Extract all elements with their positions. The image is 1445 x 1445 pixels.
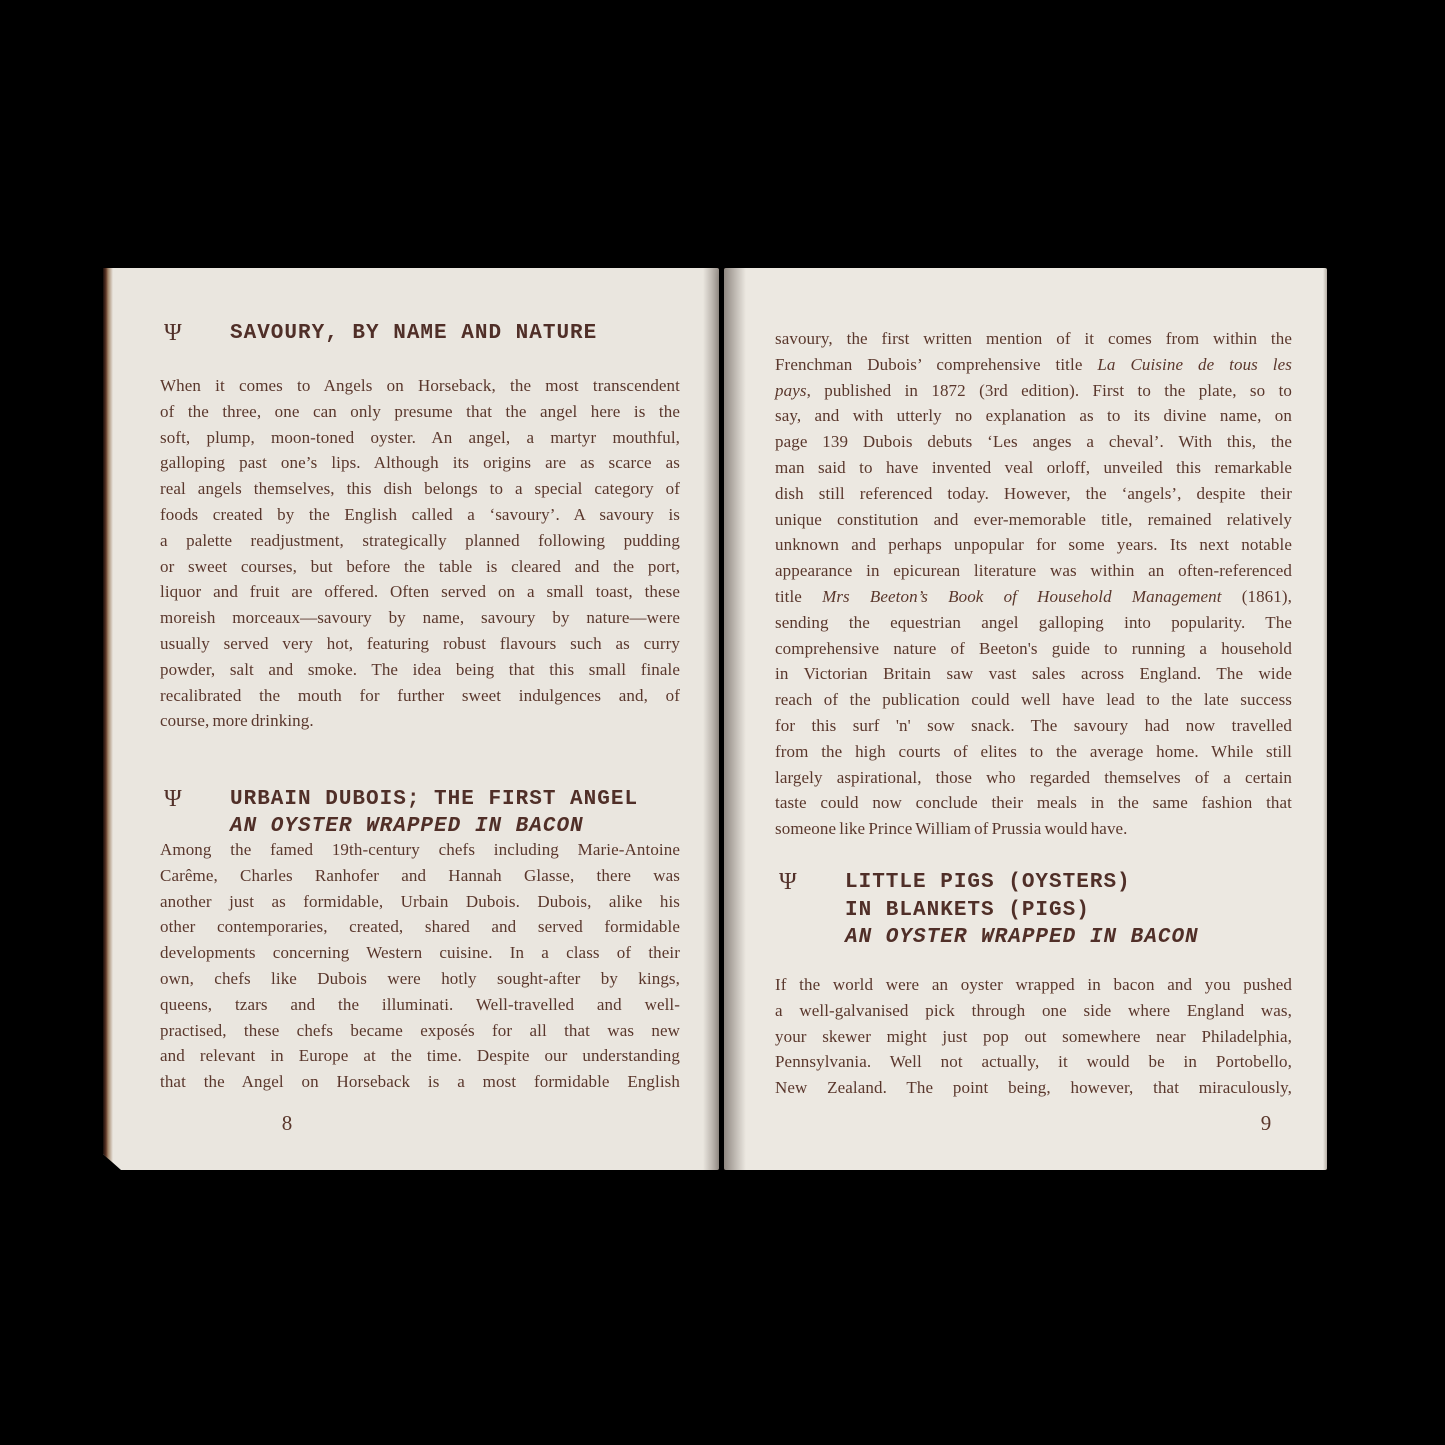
text-line: reach of the publication could well have… xyxy=(775,687,1292,713)
text-line: taste could now conclude their meals in … xyxy=(775,790,1292,816)
text-line: savoury, the first written mention of it… xyxy=(775,326,1292,352)
page-number-right: 9 xyxy=(1253,1111,1279,1135)
page-left: Ψ SAVOURY, BY NAME AND NATURE When it co… xyxy=(103,268,719,1170)
heading-dubois-title: URBAIN DUBOIS; THE FIRST ANGEL xyxy=(230,786,680,814)
text-line: sending the equestrian angel galloping i… xyxy=(775,610,1292,636)
text-segment: largely aspirational, those who regarded… xyxy=(775,768,1292,787)
text-line: foods created by the English called a ‘s… xyxy=(160,502,680,528)
text-segment: savoury, the first written mention of it… xyxy=(775,329,1292,348)
text-segment: galloping past one’s lips. Although its … xyxy=(160,453,680,472)
text-line: another just as formidable, Urbain Duboi… xyxy=(160,889,680,915)
text-line: comprehensive nature of Beeton's guide t… xyxy=(775,636,1292,662)
psi-section-marker: Ψ xyxy=(164,786,182,813)
paragraph-dubois: Among the famed 19th-century chefs inclu… xyxy=(160,837,680,1095)
text-line: pays, published in 1872 (3rd edition). F… xyxy=(775,378,1292,404)
text-line: Carême, Charles Ranhofer and Hannah Glas… xyxy=(160,863,680,889)
psi-section-marker: Ψ xyxy=(164,320,182,347)
text-segment: for this surf 'n' sow snack. The savoury… xyxy=(775,716,1292,735)
text-line: recalibrated the mouth for further sweet… xyxy=(160,683,680,709)
text-segment: other contemporaries, created, shared an… xyxy=(160,917,680,936)
text-segment: dish still referenced today. However, th… xyxy=(775,484,1292,503)
italic-text-segment: Mrs Beeton’s Book of Household Managemen… xyxy=(822,587,1222,606)
text-segment: , published in 1872 (3rd edition). First… xyxy=(807,381,1292,400)
gutter-shadow-left xyxy=(703,268,719,1170)
page-stack-edge xyxy=(103,268,113,1170)
text-segment: in Victorian Britain saw vast sales acro… xyxy=(775,664,1292,683)
text-line: of the three, one can only presume that … xyxy=(160,399,680,425)
text-line: page 139 Dubois debuts ‘Les anges a chev… xyxy=(775,429,1292,455)
text-segment: Frenchman Dubois’ comprehensive title xyxy=(775,355,1097,374)
text-line: that the Angel on Horseback is a most fo… xyxy=(160,1069,680,1095)
text-segment: man said to have invented veal orloff, u… xyxy=(775,458,1292,477)
text-segment: practised, these chefs became exposés fo… xyxy=(160,1021,680,1040)
heading-little-pigs: Ψ LITTLE PIGS (OYSTERS) IN BLANKETS (PIG… xyxy=(775,869,1292,952)
text-line: largely aspirational, those who regarded… xyxy=(775,765,1292,791)
text-line: When it comes to Angels on Horseback, th… xyxy=(160,373,680,399)
text-line: moreish morceaux—savoury by name, savour… xyxy=(160,605,680,631)
text-segment: moreish morceaux—savoury by name, savour… xyxy=(160,608,680,627)
text-line: in Victorian Britain saw vast sales acro… xyxy=(775,661,1292,687)
text-line: unique constitution and ever-memorable t… xyxy=(775,507,1292,533)
text-line: dish still referenced today. However, th… xyxy=(775,481,1292,507)
paragraph-world-oyster: If the world were an oyster wrapped in b… xyxy=(775,972,1292,1101)
text-line: man said to have invented veal orloff, u… xyxy=(775,455,1292,481)
text-segment: a palette readjustment, strategically pl… xyxy=(160,531,680,550)
heading-little-pigs-title1: LITTLE PIGS (OYSTERS) xyxy=(845,869,1292,897)
text-line: real angels themselves, this dish belong… xyxy=(160,476,680,502)
text-line: appearance in epicurean literature was w… xyxy=(775,558,1292,584)
text-segment: real angels themselves, this dish belong… xyxy=(160,479,680,498)
text-line: queens, tzars and the illuminati. Well-t… xyxy=(160,992,680,1018)
page-right-content: savoury, the first written mention of it… xyxy=(775,268,1292,1170)
page-left-content: Ψ SAVOURY, BY NAME AND NATURE When it co… xyxy=(160,268,680,1170)
paragraph-history: savoury, the first written mention of it… xyxy=(775,326,1292,842)
text-line: Among the famed 19th-century chefs inclu… xyxy=(160,837,680,863)
italic-text-segment: pays xyxy=(775,381,807,400)
text-segment: unique constitution and ever-memorable t… xyxy=(775,510,1292,529)
text-line: usually served very hot, featuring robus… xyxy=(160,631,680,657)
text-line: a palette readjustment, strategically pl… xyxy=(160,528,680,554)
text-segment: and relevant in Europe at the time. Desp… xyxy=(160,1046,680,1065)
text-line: for this surf 'n' sow snack. The savoury… xyxy=(775,713,1292,739)
text-line: soft, plump, moon-toned oyster. An angel… xyxy=(160,425,680,451)
text-segment: your skewer might just pop out somewhere… xyxy=(775,1027,1292,1046)
text-segment: queens, tzars and the illuminati. Well-t… xyxy=(160,995,680,1014)
book-spread: Ψ SAVOURY, BY NAME AND NATURE When it co… xyxy=(103,268,1327,1170)
text-segment: own, chefs like Dubois were hotly sought… xyxy=(160,969,680,988)
text-segment: comprehensive nature of Beeton's guide t… xyxy=(775,639,1292,658)
text-line: and relevant in Europe at the time. Desp… xyxy=(160,1043,680,1069)
text-segment: soft, plump, moon-toned oyster. An angel… xyxy=(160,428,680,447)
text-segment: appearance in epicurean literature was w… xyxy=(775,561,1292,580)
text-segment: unknown and perhaps unpopular for some y… xyxy=(775,535,1292,554)
text-line: liquor and fruit are offered. Often serv… xyxy=(160,579,680,605)
photo-background: Ψ SAVOURY, BY NAME AND NATURE When it co… xyxy=(0,0,1445,1445)
text-line: powder, salt and smoke. The idea being t… xyxy=(160,657,680,683)
text-line: title Mrs Beeton’s Book of Household Man… xyxy=(775,584,1292,610)
page-outer-edge xyxy=(1323,268,1327,1170)
heading-dubois: Ψ URBAIN DUBOIS; THE FIRST ANGEL AN OYST… xyxy=(160,786,680,841)
heading-savoury-title: SAVOURY, BY NAME AND NATURE xyxy=(230,320,680,348)
text-segment: foods created by the English called a ‘s… xyxy=(160,505,680,524)
text-line: galloping past one’s lips. Although its … xyxy=(160,450,680,476)
text-segment: from the high courts of elites to the av… xyxy=(775,742,1292,761)
text-line: practised, these chefs became exposés fo… xyxy=(160,1018,680,1044)
text-segment: title xyxy=(775,587,822,606)
text-segment: reach of the publication could well have… xyxy=(775,690,1292,709)
text-segment: sending the equestrian angel galloping i… xyxy=(775,613,1292,632)
text-line: own, chefs like Dubois were hotly sought… xyxy=(160,966,680,992)
text-segment: powder, salt and smoke. The idea being t… xyxy=(160,660,680,679)
text-segment: say, and with utterly no explanation as … xyxy=(775,406,1292,425)
text-segment: or sweet courses, but before the table i… xyxy=(160,557,680,576)
text-segment: recalibrated the mouth for further sweet… xyxy=(160,686,680,705)
text-segment: of the three, one can only presume that … xyxy=(160,402,680,421)
text-segment: Among the famed 19th-century chefs inclu… xyxy=(160,840,680,859)
text-segment: (1861), xyxy=(1222,587,1292,606)
heading-little-pigs-title2: IN BLANKETS (PIGS) xyxy=(845,897,1292,925)
text-line: or sweet courses, but before the table i… xyxy=(160,554,680,580)
text-segment: page 139 Dubois debuts ‘Les anges a chev… xyxy=(775,432,1292,451)
text-line: developments concerning Western cuisine.… xyxy=(160,940,680,966)
text-segment: When it comes to Angels on Horseback, th… xyxy=(160,376,680,395)
text-line: Pennsylvania. Well not actually, it woul… xyxy=(775,1049,1292,1075)
text-segment: that the Angel on Horseback is a most fo… xyxy=(160,1072,680,1091)
text-line: from the high courts of elites to the av… xyxy=(775,739,1292,765)
text-segment: another just as formidable, Urbain Duboi… xyxy=(160,892,680,911)
text-segment: Pennsylvania. Well not actually, it woul… xyxy=(775,1052,1292,1071)
text-line: other contemporaries, created, shared an… xyxy=(160,914,680,940)
heading-dubois-lines: URBAIN DUBOIS; THE FIRST ANGEL AN OYSTER… xyxy=(230,786,680,841)
text-segment: someone like Prince William of Prussia w… xyxy=(775,819,1128,838)
psi-section-marker: Ψ xyxy=(779,869,797,896)
text-segment: a well-galvanised pick through one side … xyxy=(775,1001,1292,1020)
text-segment: liquor and fruit are offered. Often serv… xyxy=(160,582,680,601)
page-right: savoury, the first written mention of it… xyxy=(724,268,1327,1170)
text-line: your skewer might just pop out somewhere… xyxy=(775,1024,1292,1050)
text-segment: developments concerning Western cuisine.… xyxy=(160,943,680,962)
text-line: If the world were an oyster wrapped in b… xyxy=(775,972,1292,998)
text-line: Frenchman Dubois’ comprehensive title La… xyxy=(775,352,1292,378)
text-line: unknown and perhaps unpopular for some y… xyxy=(775,532,1292,558)
heading-little-pigs-subtitle: AN OYSTER WRAPPED IN BACON xyxy=(845,924,1292,952)
text-line: a well-galvanised pick through one side … xyxy=(775,998,1292,1024)
heading-savoury-lines: SAVOURY, BY NAME AND NATURE xyxy=(230,320,680,348)
text-segment: course, more drinking. xyxy=(160,711,314,730)
text-line: course, more drinking. xyxy=(160,708,680,734)
text-line: say, and with utterly no explanation as … xyxy=(775,403,1292,429)
heading-savoury: Ψ SAVOURY, BY NAME AND NATURE xyxy=(160,320,680,348)
paragraph-savoury: When it comes to Angels on Horseback, th… xyxy=(160,373,680,734)
text-line: someone like Prince William of Prussia w… xyxy=(775,816,1292,842)
text-segment: Carême, Charles Ranhofer and Hannah Glas… xyxy=(160,866,680,885)
italic-text-segment: La Cuisine de tous les xyxy=(1097,355,1292,374)
text-line: New Zealand. The point being, however, t… xyxy=(775,1075,1292,1101)
gutter-shadow-right xyxy=(724,268,746,1170)
text-segment: taste could now conclude their meals in … xyxy=(775,793,1292,812)
heading-little-pigs-lines: LITTLE PIGS (OYSTERS) IN BLANKETS (PIGS)… xyxy=(845,869,1292,952)
text-segment: usually served very hot, featuring robus… xyxy=(160,634,680,653)
text-segment: If the world were an oyster wrapped in b… xyxy=(775,975,1292,994)
page-number-left: 8 xyxy=(274,1111,300,1135)
text-segment: New Zealand. The point being, however, t… xyxy=(775,1078,1292,1097)
